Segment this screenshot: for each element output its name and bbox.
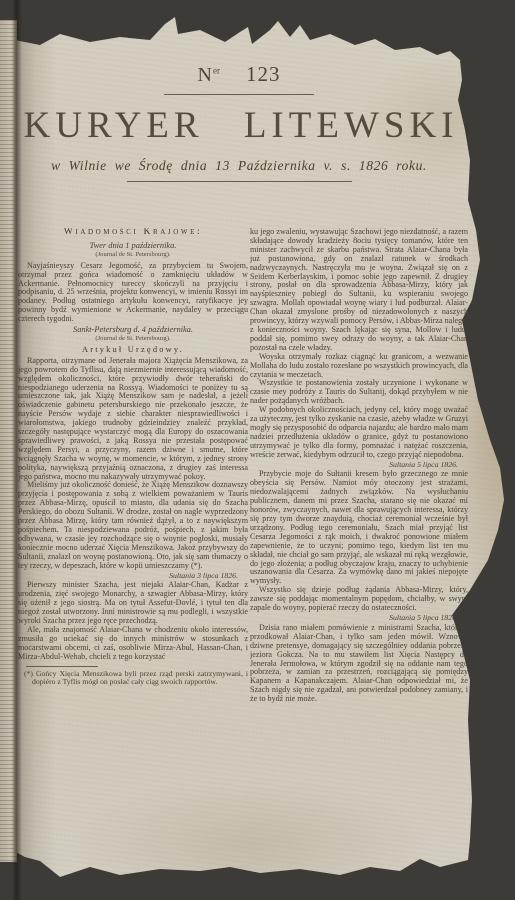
- paragraph: Pierwszy minister Szacha, jest niejaki A…: [18, 581, 248, 626]
- article-heading: Artykuł Urzędowy.: [18, 346, 248, 355]
- paragraph: Dzisia rano miałem pomówienie z ministra…: [250, 624, 468, 704]
- dateline-right: Sultania 3 lipca 1826.: [18, 572, 238, 581]
- right-column: ku jego zwaleniu, wystawując Szachowi je…: [250, 228, 468, 796]
- left-column: Wiadomości Krajowe:Twer dnia 1 październ…: [18, 228, 248, 796]
- dateline-right: Sultania 5 lipca 1826.: [250, 614, 458, 623]
- paragraph: Woyska otrzymały rozkaz ciągnąć ku grani…: [250, 353, 468, 380]
- issue-value: 123: [246, 62, 281, 86]
- divider-rule: [164, 94, 314, 95]
- paragraph: ku jego zwaleniu, wystawując Szachowi je…: [250, 228, 468, 353]
- paragraph: Wszystko się dzieje podług żądania Abbas…: [250, 586, 468, 613]
- paragraph: Przybycie moje do Sułtanii kresem było g…: [250, 470, 468, 586]
- paragraph: Wszystkie te postanowienia zostały uczyn…: [250, 379, 468, 406]
- divider-rule: [127, 181, 352, 182]
- issue-number: Ner123: [10, 62, 468, 87]
- section-heading: Wiadomości Krajowe:: [18, 228, 248, 237]
- newspaper-title: KURYER LITEWSKI: [14, 104, 468, 147]
- book-gutter-shadow: [12, 0, 22, 900]
- place-date: Twer dnia 1 października.: [18, 242, 248, 251]
- paragraph: Ale, mała znajomość Alaiar-Chana w chodz…: [18, 626, 248, 662]
- issue-prefix: N: [198, 64, 213, 86]
- source: (Journal de St. Petersbourg).: [18, 335, 248, 344]
- dateline: w Wilnie we Środę dnia 13 Października v…: [10, 158, 468, 174]
- rule: [26, 666, 98, 667]
- masthead: Ner123 KURYER LITEWSKI w Wilnie we Środę…: [10, 62, 468, 182]
- footnote: (*) Gońcy Xięcia Menszikowa byli przez r…: [18, 670, 248, 687]
- issue-superscript: er: [213, 65, 220, 75]
- scan-background: { "colors":{"background":"#3c3b38","pape…: [0, 0, 515, 900]
- newspaper-page: Ner123 KURYER LITEWSKI w Wilnie we Środę…: [10, 0, 515, 900]
- paragraph: W podobnych okolicznościach, jedyny cel,…: [250, 406, 468, 459]
- paragraph: Mieliśmy już okoliczność donieść, że Xią…: [18, 481, 248, 570]
- paragraph: Nayjaśnieyszy Cesarz Jegomość, za przyby…: [18, 262, 248, 324]
- paragraph: Rapporta, otrzymane od Jenerała majora X…: [18, 357, 248, 482]
- place-date: Sankt-Petersburg d. 4 października.: [18, 326, 248, 335]
- scanner-bed: Ner123 KURYER LITEWSKI w Wilnie we Środę…: [0, 0, 515, 900]
- source: (Journal de St. Petersbourg).: [18, 251, 248, 260]
- dateline-right: Sultania 5 lipca 1826.: [250, 461, 458, 470]
